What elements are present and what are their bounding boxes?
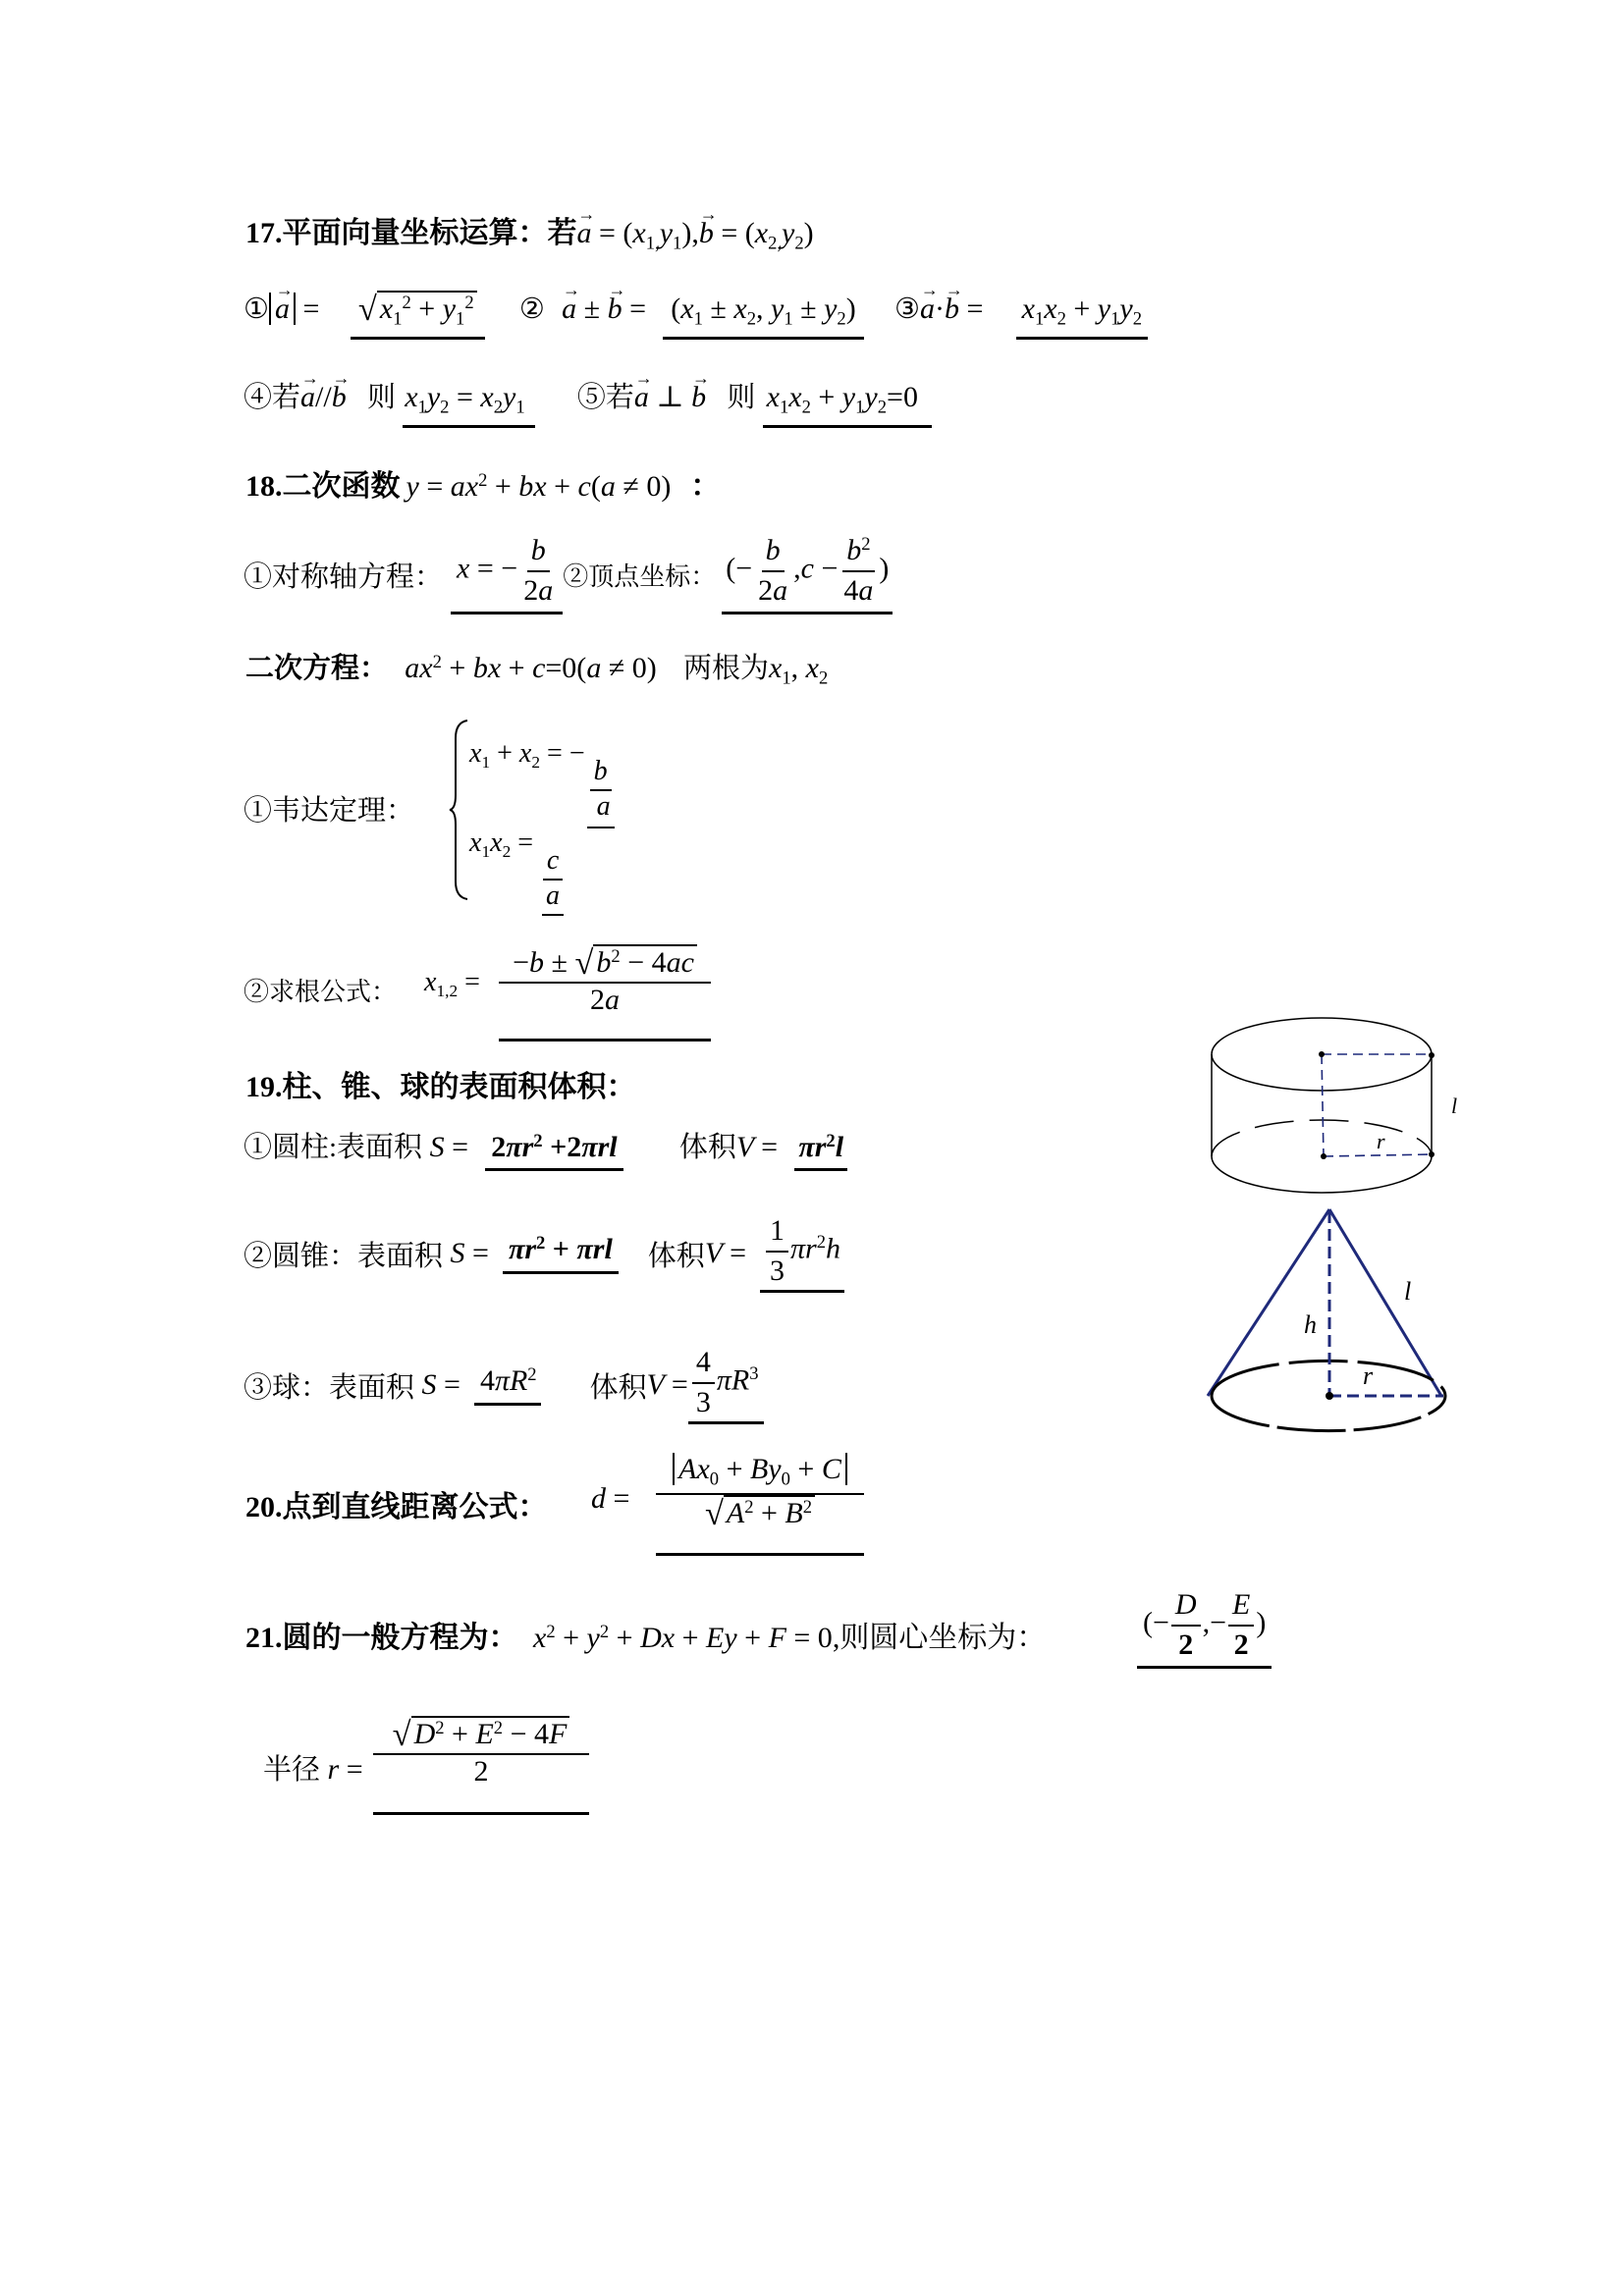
cylinder-vol-label: 体积 [679,1132,736,1163]
section-17: 17.平面向量坐标运算：若a = (x1,y1),b = (x2,y2) [245,208,814,255]
cylinder-label: ①圆柱:表面积 [244,1132,422,1163]
cone-volume: 13πr2h [760,1214,844,1293]
item-1-mark: ① [244,294,269,325]
roots: x1, x2 [769,652,828,684]
dot-answer: x1x2 + y1y2 [1016,293,1148,340]
parallel-answer: x1y2 = x2y1 [403,381,534,428]
center-text: ,则圆心坐标为： [833,1622,1047,1654]
cone-surface: πr2 + πrl [503,1233,619,1273]
sphere-label: ③球：表面积 [244,1365,414,1406]
cone-l-label: l [1404,1277,1411,1306]
section-21-heading: 21.圆的一般方程为： [245,1622,518,1654]
dot-lhs: a·b = [920,293,983,325]
vertex-answer: (−b2a,c −b24a) [722,534,893,614]
vector-ops-row1: ①a = √x12 + y12 ② a ± b = (x1 ± x2, y1 ±… [244,291,1148,340]
cone-h-label: h [1304,1310,1317,1339]
cone-label: ②圆锥：表面积 [244,1234,443,1274]
formula-label: ②求根公式： [244,972,397,1008]
item-2-mark: ② [519,294,545,325]
item-5-mark: ⑤若 [577,382,634,413]
cone-r-label: r [1363,1362,1374,1390]
cone-figure: l h r [1198,1201,1473,1447]
quadratic-function: y = ax2 + bx + c(a ≠ 0) [406,470,672,503]
item-5-then: 则 [727,382,755,413]
radius-formula: √D2 + E2 − 4F 2 [373,1716,589,1815]
sum-diff-answer: (x1 ± x2, y1 ± y2) [663,293,863,340]
root-formula-lhs: x1,2 = [424,967,480,1001]
vertex-label: ②顶点坐标： [563,557,716,593]
root-formula: −b ± √b2 − 4ac 2a [499,944,711,1041]
sphere-surface: 4πR2 [474,1364,541,1405]
circle-equation: x2 + y2 + Dx + Ey + F = 0 [533,1622,833,1654]
magnitude-answer: √x12 + y12 [351,291,485,340]
sphere-vol-label: 体积 [590,1365,647,1406]
quadratic-equation-row: 二次方程： ax2 + bx + c=0(a ≠ 0) 两根为x1, x2 [245,646,828,690]
section-20-heading: 20.点到直线距离公式： [245,1482,548,1525]
cylinder-l-label: l [1451,1094,1457,1118]
sphere-row: ③球：表面积 S = 4πR2 体积V = 43πR3 [244,1341,764,1429]
parallel-cond: a//b [300,381,347,413]
cylinder-figure: l r [1206,1003,1461,1200]
item-4-then: 则 [367,382,396,413]
equation-heading: 二次方程： [245,653,388,684]
vector-ops-row2: ④若a//b 则 x1y2 = x2y1 ⑤若a ⊥ b 则 x1x2 + y1… [244,375,932,428]
roots-text: 两根为 [683,653,769,684]
quadratic-equation: ax2 + bx + c=0(a ≠ 0) [405,652,657,684]
cylinder-surface: 2πr2 +2πrl [485,1131,623,1171]
section-18-heading: 18.二次函数 [245,470,401,503]
vieta-product: x1x2 = ca [469,828,566,916]
magnitude-lhs: a [269,293,296,325]
vieta-label: ①韦达定理： [244,788,414,828]
distance-lhs: d = [591,1482,629,1516]
section-17-heading: 17.平面向量坐标运算：若 [245,217,577,249]
sum-diff-lhs: a ± b = [562,293,646,325]
circle-center: (−D2,−E2) [1137,1588,1272,1669]
axis-vertex-row: ①对称轴方程： x = −b2a ②顶点坐标： (−b2a,c −b24a) [244,530,893,618]
section-19-heading: 19.柱、锥、球的表面积体积： [245,1062,636,1105]
perp-cond: a ⊥ b [634,381,706,413]
section-18: 18.二次函数y = ax2 + bx + c(a ≠ 0)： [245,461,720,505]
perp-answer: x1x2 + y1y2=0 [763,381,932,428]
cylinder-volume: πr2l [794,1131,847,1171]
item-4-mark: ④若 [244,382,300,413]
section-21: 21.圆的一般方程为： x2 + y2 + Dx + Ey + F = 0,则圆… [245,1613,1046,1656]
vieta-sum: x1 + x2 = −ba [469,738,617,828]
cone-row: ②圆锥：表面积 S = πr2 + πrl 体积V = 13πr2h [244,1209,844,1298]
cone-vol-label: 体积 [648,1234,705,1274]
radius-label: 半径 r = [263,1747,363,1788]
brace-icon [448,719,471,901]
sphere-volume: 43πR3 [688,1346,765,1424]
distance-formula: Ax0 + By0 + C √A2 + B2 [656,1453,864,1556]
item-3-mark: ③ [894,294,920,325]
cylinder-row: ①圆柱:表面积 S = 2πr2 +2πrl 体积V = πr2l [244,1125,847,1171]
axis-answer: x = −b2a [451,534,563,614]
axis-label: ①对称轴方程： [244,555,443,595]
given-vectors: a = (x1,y1),b = (x2,y2) [577,217,814,249]
cylinder-r-label: r [1377,1129,1385,1153]
